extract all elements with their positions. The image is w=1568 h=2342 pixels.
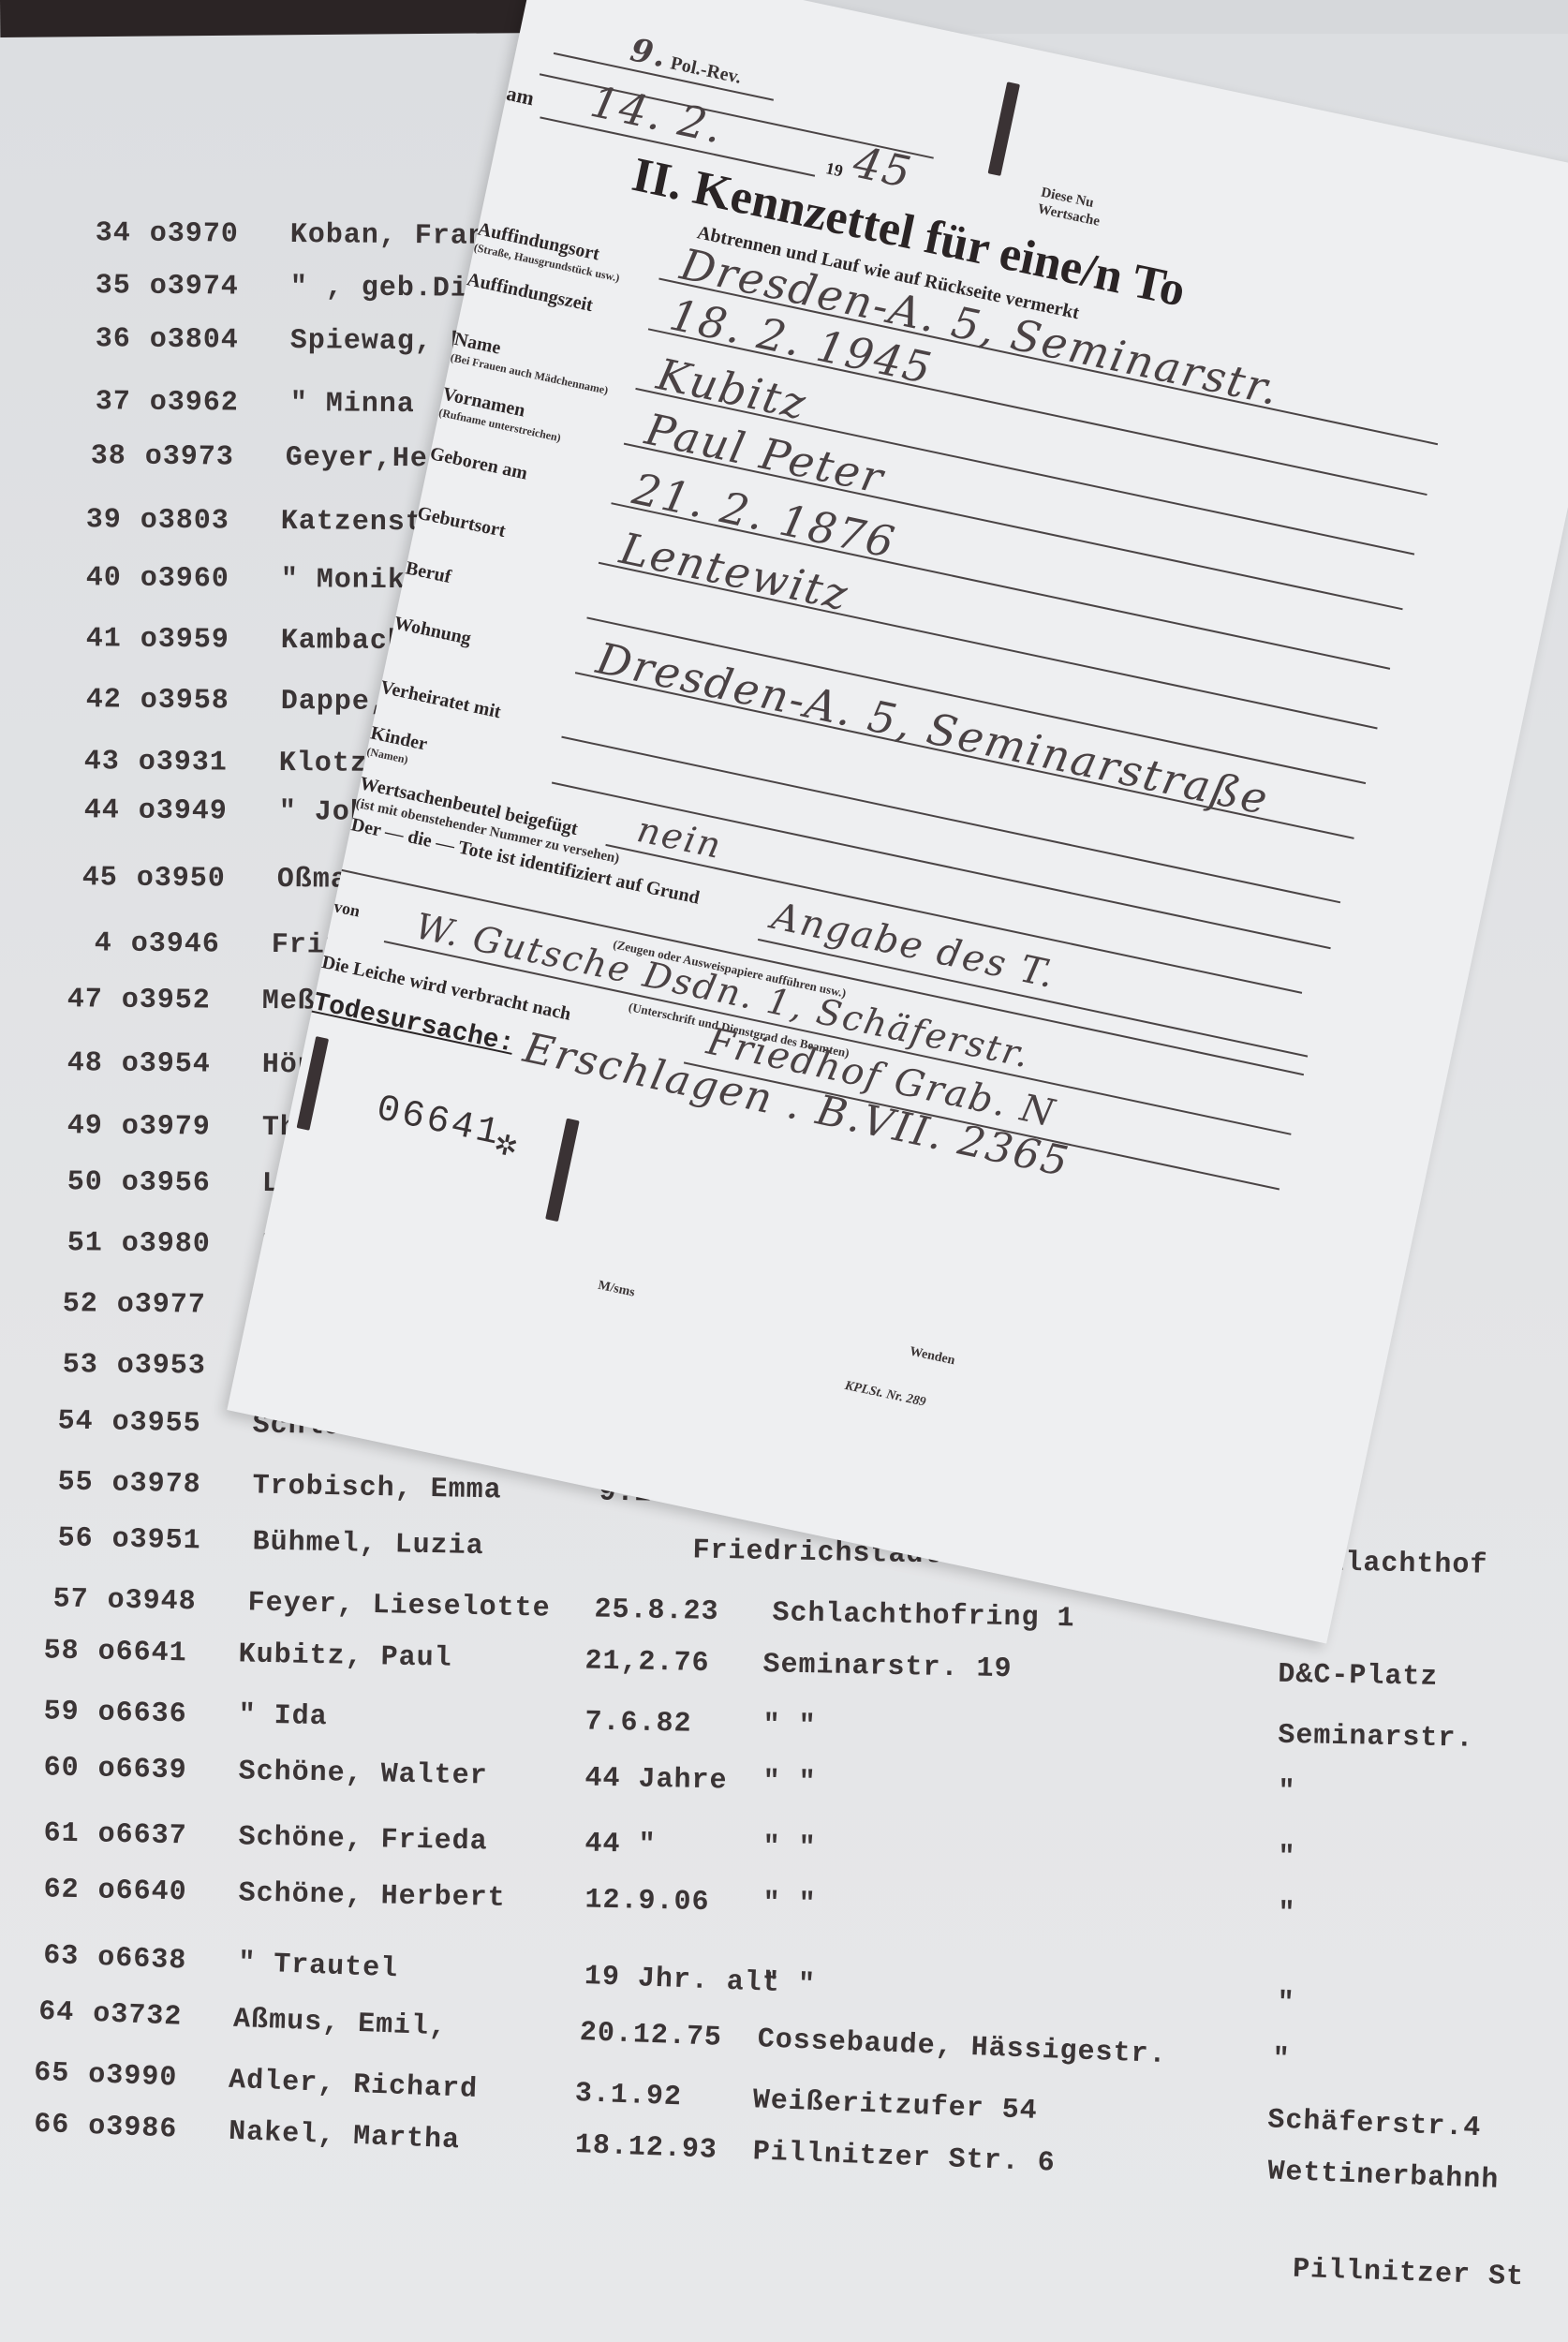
row-place: " — [1278, 1842, 1296, 1874]
row-number: 47 — [47, 984, 103, 1016]
row-name: Schöne, Frieda — [238, 1821, 488, 1858]
row-name: Schöne, Herbert — [238, 1877, 506, 1914]
row-number: 44 — [64, 794, 120, 827]
row-id: o3974 — [150, 271, 239, 304]
field-label: Geburtsort — [415, 503, 507, 542]
row-id: o3962 — [150, 387, 239, 420]
row-id: o6639 — [97, 1754, 187, 1787]
by-label: von — [332, 897, 362, 921]
row-born: 12.9.06 — [584, 1885, 710, 1920]
row-number: 61 — [22, 1817, 80, 1850]
date-label: am — [504, 82, 536, 111]
year-prefix: 19 — [824, 158, 845, 181]
row-id: o3948 — [107, 1585, 197, 1619]
row-address: Schlachthofring 1 — [772, 1597, 1075, 1635]
form-code-3: Wenden — [908, 1344, 955, 1369]
form-code-2: KPLSt. Nr. 289 — [843, 1379, 926, 1411]
row-place: D&C-Platz — [1278, 1659, 1439, 1694]
row-name: Trobisch, Emma — [252, 1470, 502, 1506]
row-number: 42 — [66, 684, 122, 717]
row-id: o3951 — [111, 1524, 201, 1558]
row-address: " " — [762, 1766, 817, 1799]
row-number: 51 — [47, 1227, 103, 1260]
row-name: Schöne, Walter — [238, 1756, 488, 1792]
row-number: 37 — [75, 386, 131, 419]
row-place: " — [1278, 1898, 1296, 1930]
row-number: 63 — [22, 1939, 80, 1973]
row-id: o3956 — [122, 1167, 211, 1200]
field-value: Dresden-A. 5, Seminarstraße — [592, 632, 1273, 824]
field-label: Geboren am — [428, 443, 529, 484]
field-label: Beruf — [404, 557, 453, 588]
row-id: o3973 — [145, 441, 234, 474]
row-id: o6636 — [97, 1697, 187, 1731]
row-id: o3977 — [117, 1289, 206, 1322]
row-id: o3979 — [122, 1111, 211, 1144]
row-number: 41 — [66, 623, 122, 656]
stamp-bar-right — [545, 1119, 580, 1223]
row-id: o3803 — [141, 505, 229, 538]
row-born: 20.12.75 — [579, 2017, 722, 2054]
precinct-label: Pol.-Rev. — [669, 52, 744, 87]
row-id: o3970 — [150, 218, 239, 251]
row-id: o3804 — [150, 324, 239, 357]
row-id: o6641 — [97, 1637, 187, 1670]
row-name: " Minna — [290, 388, 415, 421]
row-born: 18.12.93 — [574, 2129, 717, 2167]
row-number: 53 — [42, 1349, 98, 1382]
row-id: o3980 — [122, 1228, 211, 1261]
form-code-1: M/sms — [597, 1279, 636, 1301]
row-number: 65 — [13, 2056, 70, 2090]
stamp-bar — [988, 82, 1020, 176]
row-number: 62 — [22, 1874, 80, 1906]
row-id: o3950 — [137, 863, 226, 896]
row-id: o3931 — [139, 747, 228, 779]
tag-number: 06641 — [373, 1089, 505, 1156]
row-number: 60 — [22, 1752, 80, 1785]
row-address: " " — [762, 1831, 817, 1864]
row-id: o3955 — [111, 1407, 201, 1441]
row-id: o3960 — [141, 563, 229, 596]
row-number: 34 — [75, 217, 131, 250]
row-number: 45 — [62, 862, 118, 895]
row-name: Koban, Franz — [290, 219, 504, 253]
row-address: Seminarstr. 19 — [762, 1649, 1013, 1685]
row-name: " Trautel — [238, 1948, 399, 1986]
row-place: " — [1277, 1987, 1295, 2020]
row-number: 4 — [56, 927, 112, 960]
row-number: 58 — [22, 1635, 80, 1668]
row-id: o6637 — [97, 1819, 187, 1853]
row-number: 49 — [47, 1110, 103, 1143]
row-name: Feyer, Lieselotte — [247, 1587, 551, 1624]
row-number: 40 — [66, 562, 122, 595]
row-number: 50 — [47, 1166, 103, 1199]
row-id: o3946 — [131, 928, 220, 961]
row-born: 44 " — [584, 1829, 657, 1861]
row-place: Seminarstr. — [1278, 1720, 1474, 1756]
row-number: 39 — [66, 504, 122, 537]
row-born: 3.1.92 — [574, 2078, 682, 2113]
row-number: 57 — [32, 1583, 89, 1616]
row-place: " — [1278, 1776, 1296, 1808]
row-id: o3978 — [111, 1468, 201, 1502]
year-value: 45 — [849, 137, 916, 199]
row-number: 43 — [64, 746, 120, 778]
row-born: 44 Jahre — [584, 1763, 728, 1798]
row-id: o3954 — [122, 1048, 211, 1081]
row-address: " " — [762, 1967, 816, 2001]
row-number: 66 — [13, 2108, 70, 2142]
row-id: o3952 — [122, 985, 211, 1017]
field-label: Verheiratet mit — [378, 677, 503, 724]
row-born: 25.8.23 — [594, 1594, 719, 1629]
row-born: 21,2.76 — [584, 1646, 710, 1681]
row-number: 56 — [37, 1522, 94, 1555]
row-born: 7.6.82 — [584, 1707, 692, 1741]
row-id: o3990 — [88, 2059, 178, 2095]
row-number: 36 — [75, 323, 131, 356]
row-address: " " — [762, 1710, 817, 1742]
row-id: o6638 — [97, 1942, 187, 1978]
row-id: o3953 — [117, 1350, 206, 1383]
row-address: " " — [762, 1888, 817, 1920]
row-number: 38 — [70, 440, 126, 473]
row-name: " Ida — [238, 1699, 328, 1733]
row-name: Kubitz, Paul — [238, 1638, 452, 1674]
row-id: o3732 — [93, 1998, 183, 2034]
row-number: 64 — [18, 1995, 75, 2029]
row-id: o3986 — [88, 2111, 178, 2146]
row-id: o3958 — [141, 685, 229, 718]
field-label: Wohnung — [392, 613, 472, 650]
row-number: 54 — [37, 1405, 94, 1438]
row-number: 52 — [42, 1288, 98, 1321]
row-place: " — [1272, 2043, 1291, 2076]
row-number: 35 — [75, 270, 131, 303]
row-number: 59 — [22, 1696, 80, 1728]
row-number: 48 — [47, 1047, 103, 1080]
row-number: 55 — [37, 1466, 94, 1499]
row-id: o6640 — [97, 1875, 187, 1909]
row-id: o3959 — [141, 624, 229, 657]
row-name: Bühmel, Luzia — [252, 1526, 484, 1563]
row-id: o3949 — [139, 795, 228, 828]
